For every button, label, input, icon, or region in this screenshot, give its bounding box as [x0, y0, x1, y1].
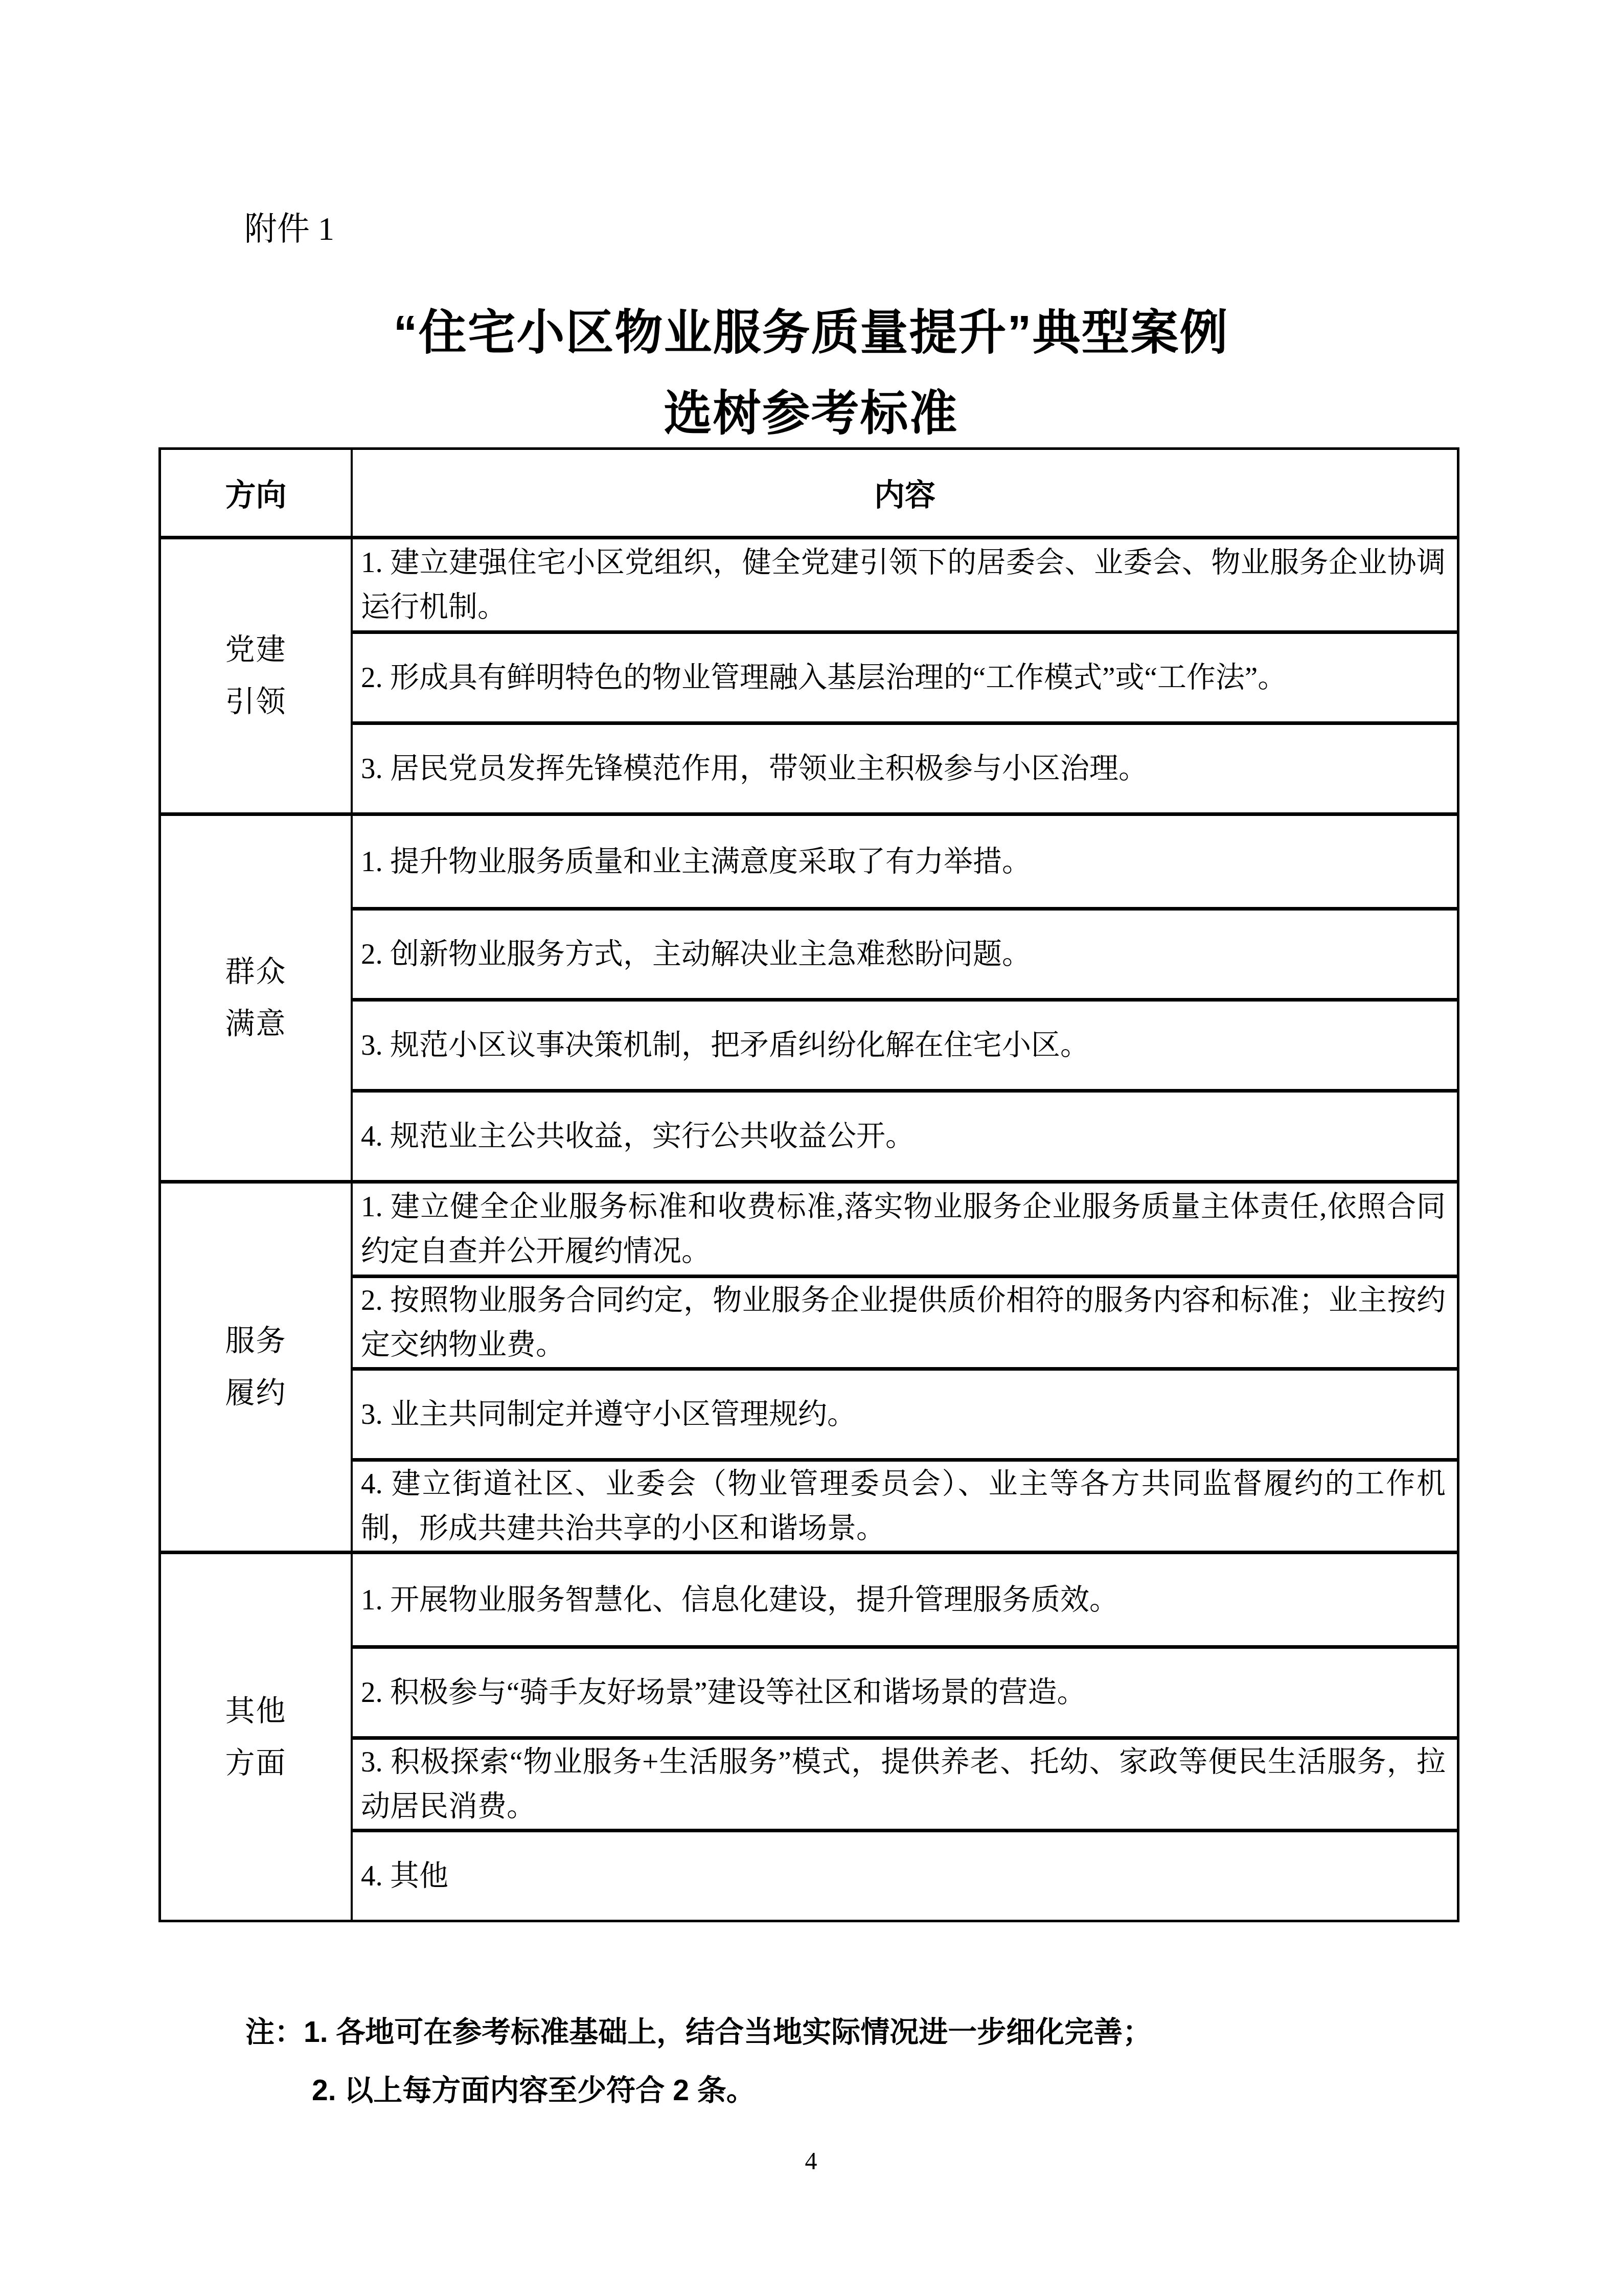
table-row: 2. 积极参与“骑手友好场景”建设等社区和谐场景的营造。: [353, 1645, 1457, 1736]
document-page: 附件 1 “住宅小区物业服务质量提升”典型案例 选树参考标准 方向 内容 党建 …: [0, 0, 1622, 2296]
table-row: 3. 规范小区议事决策机制，把矛盾纠纷化解在住宅小区。: [353, 998, 1457, 1089]
direction-label-line1: 党建: [225, 624, 286, 676]
table-row: 1. 开展物业服务智慧化、信息化建设，提升管理服务质效。: [353, 1554, 1457, 1645]
section-items: 1. 提升物业服务质量和业主满意度采取了有力举措。 2. 创新物业服务方式，主动…: [353, 816, 1457, 1180]
table-row: 1. 建立建强住宅小区党组织，健全党建引领下的居委会、业委会、物业服务企业协调运…: [353, 539, 1457, 630]
item-text: 4. 建立街道社区、业委会（物业管理委员会）、业主等各方共同监督履约的工作机制，…: [361, 1462, 1446, 1551]
item-text: 2. 按照物业服务合同约定，物业服务企业提供质价相符的服务内容和标准；业主按约定…: [361, 1278, 1446, 1367]
item-text: 3. 居民党员发挥先锋模范作用，带领业主积极参与小区治理。: [361, 746, 1446, 791]
table-row: 2. 创新物业服务方式，主动解决业主急难愁盼问题。: [353, 907, 1457, 998]
item-text: 4. 规范业主公共收益，实行公共收益公开。: [361, 1114, 1446, 1158]
standards-table: 方向 内容 党建 引领 1. 建立建强住宅小区党组织，健全党建引领下的居委会、业…: [158, 447, 1459, 1922]
header-cell-content: 内容: [353, 450, 1457, 536]
table-row: 2. 形成具有鲜明特色的物业管理融入基层治理的“工作模式”或“工作法”。: [353, 630, 1457, 721]
item-text: 2. 形成具有鲜明特色的物业管理融入基层治理的“工作模式”或“工作法”。: [361, 655, 1446, 700]
direction-label-line1: 其他: [225, 1685, 286, 1737]
table-row: 1. 提升物业服务质量和业主满意度采取了有力举措。: [353, 816, 1457, 907]
table-header-row: 方向 内容: [161, 450, 1457, 536]
direction-label-line2: 满意: [225, 998, 286, 1050]
table-row: 4. 规范业主公共收益，实行公共收益公开。: [353, 1089, 1457, 1180]
document-title-line1: “住宅小区物业服务质量提升”典型案例: [0, 292, 1622, 373]
direction-label-line2: 方面: [225, 1737, 286, 1789]
footnote-line2: 2. 以上每方面内容至少符合 2 条。: [245, 2061, 1152, 2120]
table-section-party-building: 党建 引领 1. 建立建强住宅小区党组织，健全党建引领下的居委会、业委会、物业服…: [161, 536, 1457, 812]
direction-label-line1: 群众: [225, 946, 286, 998]
item-text: 1. 开展物业服务智慧化、信息化建设，提升管理服务质效。: [361, 1578, 1446, 1622]
direction-cell: 其他 方面: [161, 1554, 353, 1920]
table-row: 3. 居民党员发挥先锋模范作用，带领业主积极参与小区治理。: [353, 721, 1457, 812]
section-items: 1. 建立健全企业服务标准和收费标准,落实物业服务企业服务质量主体责任,依照合同…: [353, 1184, 1457, 1551]
direction-label-line2: 引领: [225, 676, 286, 728]
item-text: 2. 积极参与“骑手友好场景”建设等社区和谐场景的营造。: [361, 1670, 1446, 1715]
direction-cell: 群众 满意: [161, 816, 353, 1180]
section-items: 1. 建立建强住宅小区党组织，健全党建引领下的居委会、业委会、物业服务企业协调运…: [353, 539, 1457, 812]
attachment-label: 附件 1: [244, 209, 334, 249]
footnotes: 注：1. 各地可在参考标准基础上，结合当地实际情况进一步细化完善； 2. 以上每…: [245, 2003, 1152, 2120]
item-text: 3. 业主共同制定并遵守小区管理规约。: [361, 1392, 1446, 1437]
table-row: 4. 建立街道社区、业委会（物业管理委员会）、业主等各方共同监督履约的工作机制，…: [353, 1458, 1457, 1551]
footnote-line1: 注：1. 各地可在参考标准基础上，结合当地实际情况进一步细化完善；: [245, 2003, 1152, 2061]
item-text: 1. 建立健全企业服务标准和收费标准,落实物业服务企业服务质量主体责任,依照合同…: [361, 1185, 1446, 1274]
item-text: 4. 其他: [361, 1854, 1446, 1898]
table-row: 3. 积极探索“物业服务+生活服务”模式，提供养老、托幼、家政等便民生活服务，拉…: [353, 1736, 1457, 1829]
item-text: 1. 提升物业服务质量和业主满意度采取了有力举措。: [361, 839, 1446, 884]
table-section-service-performance: 服务 履约 1. 建立健全企业服务标准和收费标准,落实物业服务企业服务质量主体责…: [161, 1180, 1457, 1551]
document-title: “住宅小区物业服务质量提升”典型案例 选树参考标准: [0, 292, 1622, 454]
table-row: 1. 建立健全企业服务标准和收费标准,落实物业服务企业服务质量主体责任,依照合同…: [353, 1184, 1457, 1275]
table-row: 3. 业主共同制定并遵守小区管理规约。: [353, 1367, 1457, 1458]
direction-label-line2: 履约: [225, 1367, 286, 1419]
item-text: 3. 规范小区议事决策机制，把矛盾纠纷化解在住宅小区。: [361, 1023, 1446, 1067]
section-items: 1. 开展物业服务智慧化、信息化建设，提升管理服务质效。 2. 积极参与“骑手友…: [353, 1554, 1457, 1920]
item-text: 1. 建立建强住宅小区党组织，健全党建引领下的居委会、业委会、物业服务企业协调运…: [361, 540, 1446, 629]
document-title-line2: 选树参考标准: [0, 373, 1622, 454]
direction-cell: 党建 引领: [161, 539, 353, 812]
direction-cell: 服务 履约: [161, 1184, 353, 1551]
table-section-other-aspects: 其他 方面 1. 开展物业服务智慧化、信息化建设，提升管理服务质效。 2. 积极…: [161, 1551, 1457, 1920]
table-row: 2. 按照物业服务合同约定，物业服务企业提供质价相符的服务内容和标准；业主按约定…: [353, 1275, 1457, 1367]
item-text: 2. 创新物业服务方式，主动解决业主急难愁盼问题。: [361, 932, 1446, 976]
table-section-public-satisfaction: 群众 满意 1. 提升物业服务质量和业主满意度采取了有力举措。 2. 创新物业服…: [161, 812, 1457, 1180]
table-row: 4. 其他: [353, 1829, 1457, 1920]
page-number: 4: [0, 2147, 1622, 2175]
direction-label-line1: 服务: [225, 1315, 286, 1367]
item-text: 3. 积极探索“物业服务+生活服务”模式，提供养老、托幼、家政等便民生活服务，拉…: [361, 1740, 1446, 1829]
header-cell-direction: 方向: [161, 450, 353, 536]
